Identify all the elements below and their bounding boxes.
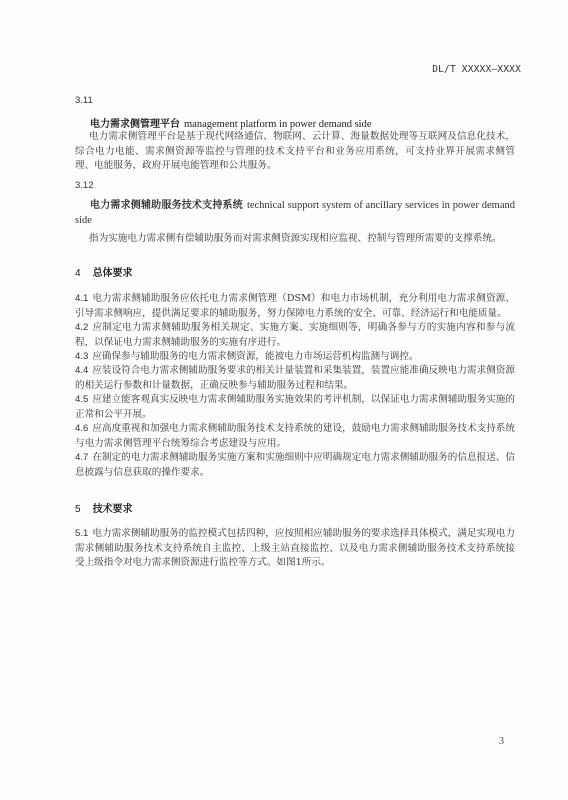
clause-4-2: 4.2应制定电力需求侧辅助服务相关规定、实施方案、实施细则等，明确各参与方的实施… [75,321,515,350]
term-3-11: 电力需求侧管理平台management platform in power de… [90,115,371,130]
clause-4-1: 4.1电力需求侧辅助服务应依托电力需求侧管理（DSM）和电力市场机制，充分利用电… [75,292,515,321]
document-code-header: DL/T XXXXX—XXXX [432,64,521,75]
heading-title: 总体要求 [93,268,133,279]
section-number-3-12: 3.12 [75,180,94,191]
definition-3-12: 指为实施电力需求侧有偿辅助服务而对需求侧资源实现相应监视、控制与管理所需要的支撑… [75,232,515,247]
clause-4-6: 4.6应高度重视和加强电力需求侧辅助服务技术支持系统的建设，鼓励电力需求侧辅助服… [75,422,515,451]
term-cn: 电力需求侧辅助服务技术支持系统 [90,200,243,211]
heading-number: 5 [75,504,81,515]
document-page: DL/T XXXXX—XXXX 3.11 电力需求侧管理平台management… [0,0,568,800]
clause-4-5: 4.5应建立能客观真实反映电力需求侧辅助服务实施效果的考评机制，以保证电力需求侧… [75,393,515,422]
section-number-3-11: 3.11 [75,95,93,106]
page-number: 3 [499,736,504,747]
clause-4-3: 4.3应确保参与辅助服务的电力需求侧资源，能被电力市场运营机构监测与调控。 [75,350,515,365]
definition-3-11: 电力需求侧管理平台是基于现代网络通信、物联网、云计算、海量数据处理等互联网及信息… [75,130,515,174]
heading-number: 4 [75,268,81,279]
clause-4-7: 4.7在制定的电力需求侧辅助服务实施方案和实施细则中应明确规定电力需求侧辅助服务… [75,451,515,480]
heading-5: 5技术要求 [75,500,133,515]
term-en: management platform in power demand side [184,119,371,130]
heading-title: 技术要求 [93,504,133,515]
heading-4: 4总体要求 [75,264,133,279]
clause-4-4: 4.4应装设符合电力需求侧辅助服务要求的相关计量装置和采集装置，装置应能准确反映… [75,364,515,393]
clause-5-1: 5.1电力需求侧辅助服务的监控模式包括四种，应按照相应辅助服务的要求选择具体模式… [75,527,515,571]
term-3-12: 电力需求侧辅助服务技术支持系统technical support system … [75,199,515,228]
term-cn: 电力需求侧管理平台 [90,119,180,130]
